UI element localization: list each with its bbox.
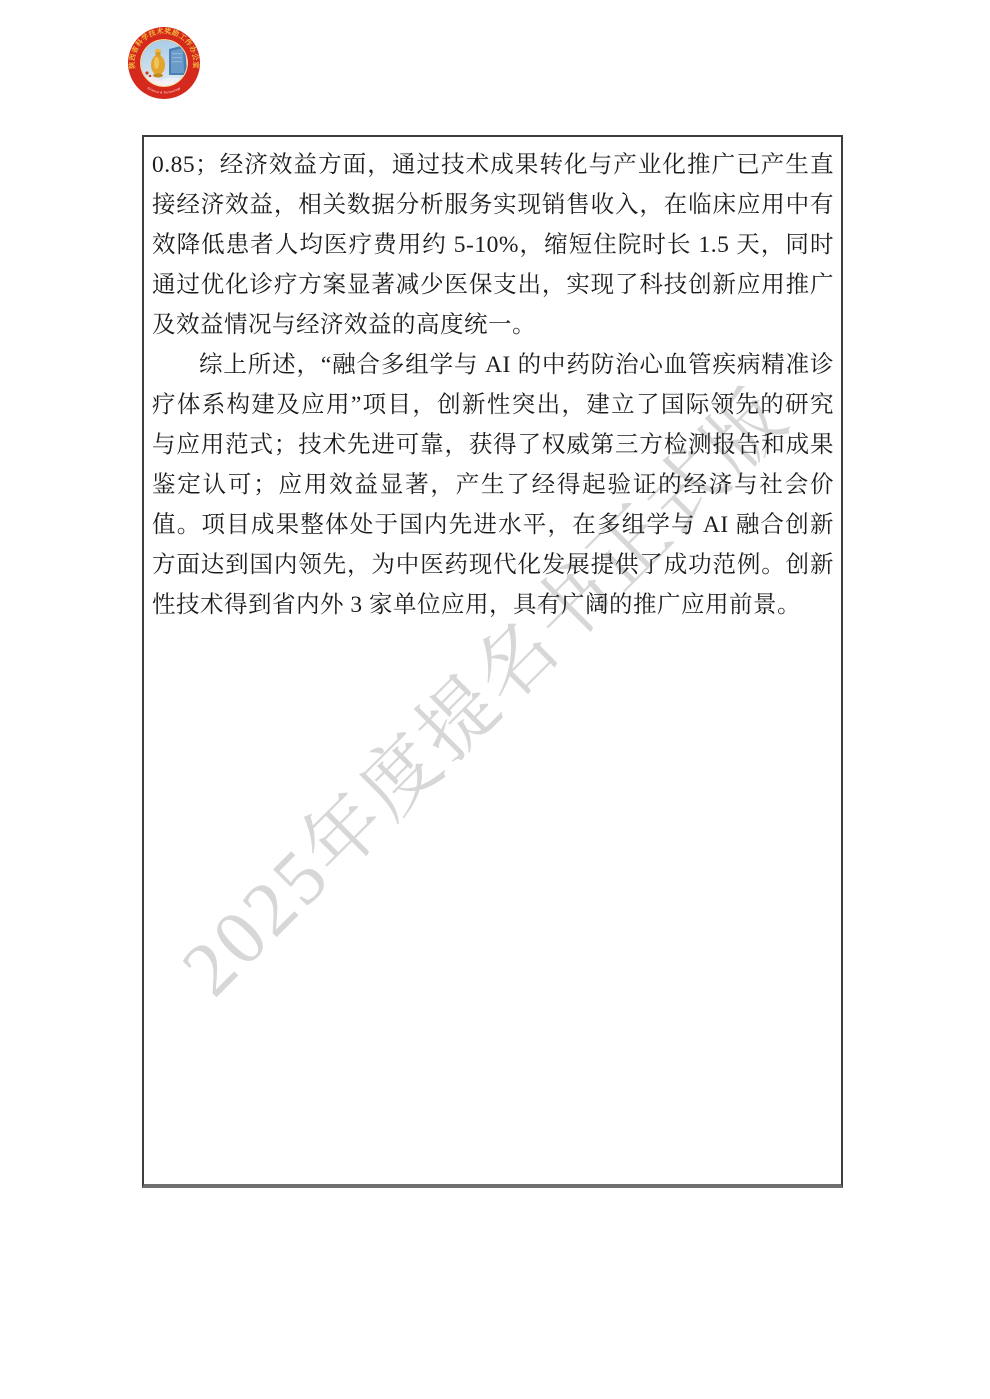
evaluation-text-box: 0.85；经济效益方面，通过技术成果转化与产业化推广已产生直接经济效益，相关数据… — [142, 135, 843, 1188]
document-page: 陕西省科学技术奖励工作办公室 Science & Technology 2025… — [0, 0, 990, 1399]
award-office-seal-logo: 陕西省科学技术奖励工作办公室 Science & Technology — [127, 26, 201, 100]
paragraph-economic-benefit: 0.85；经济效益方面，通过技术成果转化与产业化推广已产生直接经济效益，相关数据… — [152, 145, 834, 345]
paragraph-summary-conclusion: 综上所述，“融合多组学与 AI 的中药防治心血管疾病精准诊疗体系构建及应用”项目… — [152, 345, 834, 625]
